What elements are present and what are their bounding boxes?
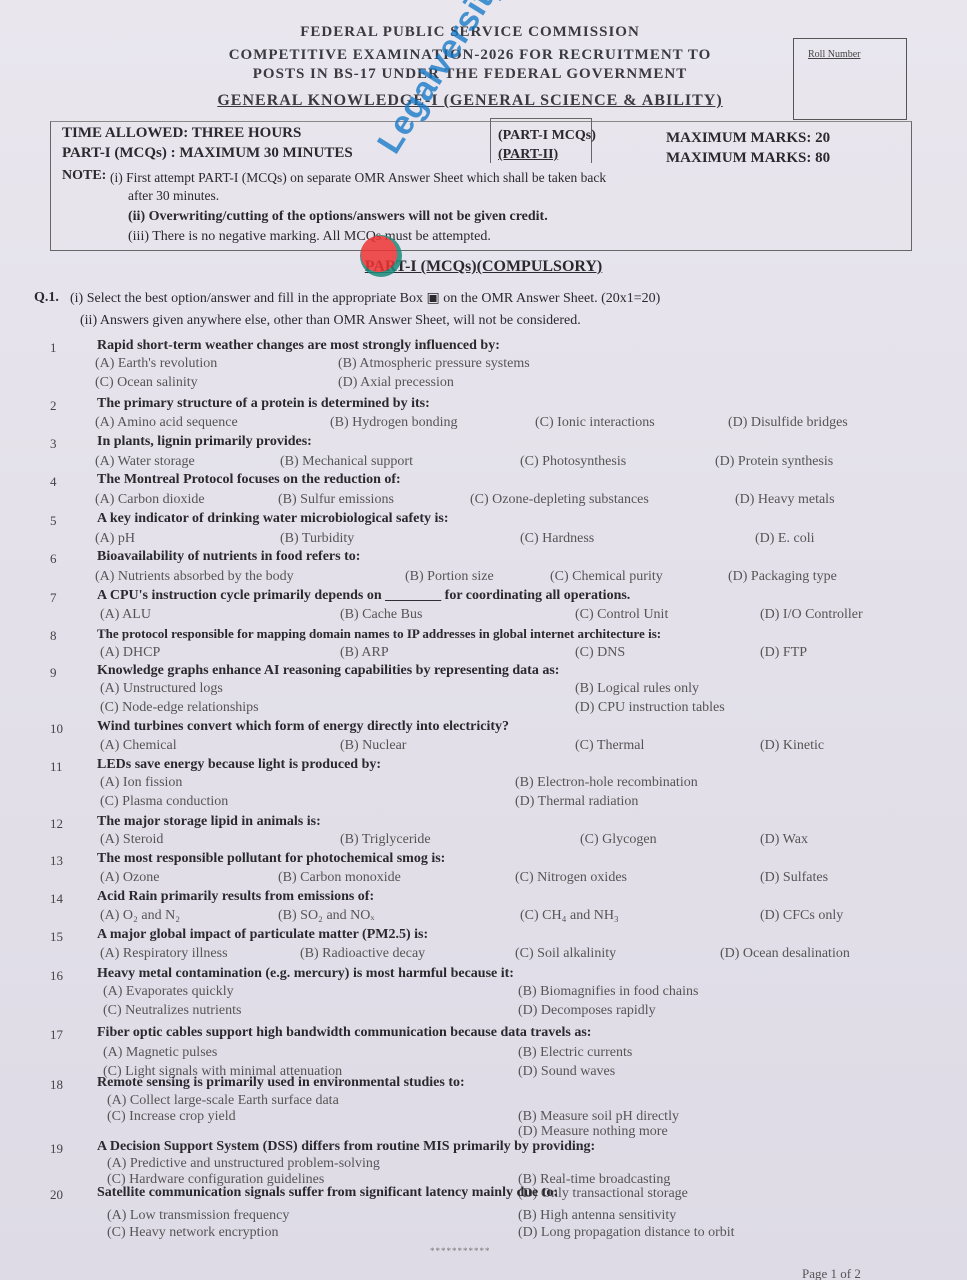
answer-option: (A) Steroid — [100, 832, 163, 848]
answer-option: (C) Neutralizes nutrients — [103, 1003, 241, 1019]
question-number: 12 — [50, 816, 63, 832]
answer-option: (D) E. coli — [755, 531, 814, 547]
answer-option: (D) Long propagation distance to orbit — [518, 1225, 735, 1241]
answer-option: (B) Cache Bus — [340, 607, 422, 623]
answer-option: (D) Heavy metals — [735, 492, 835, 508]
answer-option: (D) Sound waves — [518, 1064, 615, 1080]
answer-option: (D) Disulfide bridges — [728, 415, 848, 431]
answer-option: (B) Carbon monoxide — [278, 870, 401, 886]
question-number: 7 — [50, 590, 57, 606]
question-text: Remote sensing is primarily used in envi… — [97, 1075, 465, 1091]
answer-option: (C) Chemical purity — [550, 569, 663, 585]
answer-option: (C) Nitrogen oxides — [515, 870, 627, 886]
answer-option: (C) Soil alkalinity — [515, 946, 616, 962]
answer-option: (B) Turbidity — [280, 531, 354, 547]
answer-option: (D) Sulfates — [760, 870, 828, 886]
question-number: 11 — [50, 759, 63, 775]
answer-option: (C) Photosynthesis — [520, 454, 626, 470]
answer-option: (B) Portion size — [405, 569, 494, 585]
answer-option: (C) Increase crop yield — [107, 1109, 236, 1125]
answer-option: (B) Radioactive decay — [300, 946, 425, 962]
question-number: 19 — [50, 1141, 63, 1157]
answer-option: (A) Nutrients absorbed by the body — [95, 569, 294, 585]
answer-option: (D) Packaging type — [728, 569, 837, 585]
part2-label: (PART-II) — [498, 147, 558, 163]
answer-option: (D) Ocean desalination — [720, 946, 850, 962]
answer-option: (B) Nuclear — [340, 738, 406, 754]
question-text: LEDs save energy because light is produc… — [97, 757, 381, 773]
note-i-cont: after 30 minutes. — [128, 188, 219, 204]
answer-option: (B) Triglyceride — [340, 832, 431, 848]
exam-paper-page: FEDERAL PUBLIC SERVICE COMMISSION COMPET… — [0, 0, 967, 1280]
answer-option: (C) Control Unit — [575, 607, 668, 623]
question-text: Fiber optic cables support high bandwidt… — [97, 1025, 591, 1041]
watermark-logo-icon — [360, 235, 402, 277]
answer-option: (D) I/O Controller — [760, 607, 863, 623]
answer-option: (D) CFCs only — [760, 908, 843, 924]
answer-option: (A) Ion fission — [100, 775, 182, 791]
question-text: Rapid short-term weather changes are mos… — [97, 338, 500, 354]
answer-option: (D) Axial precession — [338, 375, 454, 391]
question-text: The most responsible pollutant for photo… — [97, 851, 445, 867]
note-iii: (iii) There is no negative marking. All … — [128, 229, 491, 245]
answer-option: (A) Respiratory illness — [100, 946, 228, 962]
question-number: 6 — [50, 551, 57, 567]
answer-option: (C) DNS — [575, 645, 625, 661]
part-title: PART-I (MCQs)(COMPULSORY) — [0, 258, 967, 276]
part1-time: PART-I (MCQs) : MAXIMUM 30 MINUTES — [62, 145, 353, 162]
question-number: 1 — [50, 340, 57, 356]
question-number: 5 — [50, 513, 57, 529]
answer-option: (A) DHCP — [100, 645, 160, 661]
question-number: 2 — [50, 398, 57, 414]
q1-label: Q.1. — [34, 290, 59, 306]
question-number: 17 — [50, 1027, 63, 1043]
answer-option: (B) High antenna sensitivity — [518, 1208, 676, 1224]
note-ii: (ii) Overwriting/cutting of the options/… — [128, 209, 548, 225]
question-number: 14 — [50, 891, 63, 907]
answer-option: (A) Water storage — [95, 454, 195, 470]
question-text: Satellite communication signals suffer f… — [97, 1185, 558, 1201]
answer-option: (A) Earth's revolution — [95, 356, 217, 372]
answer-option: (D) CPU instruction tables — [575, 700, 725, 716]
part1-label: (PART-I MCQs) — [498, 128, 596, 144]
question-text: The major storage lipid in animals is: — [97, 814, 321, 830]
answer-option: (A) ALU — [100, 607, 151, 623]
question-number: 8 — [50, 628, 57, 644]
answer-option: (D) Thermal radiation — [515, 794, 638, 810]
answer-option: (B) Sulfur emissions — [278, 492, 394, 508]
answer-option: (C) Node-edge relationships — [100, 700, 259, 716]
part2-max-marks: MAXIMUM MARKS: 80 — [666, 150, 830, 167]
question-number: 13 — [50, 853, 63, 869]
roll-number-box: Roll Number — [793, 38, 907, 120]
instruction-ii: (ii) Answers given anywhere else, other … — [80, 313, 581, 329]
answer-option: (A) Ozone — [100, 870, 159, 886]
answer-option: (B) SO₂ and NOₓ — [278, 908, 374, 924]
answer-option: (B) Hydrogen bonding — [330, 415, 458, 431]
answer-option: (A) Magnetic pulses — [103, 1045, 217, 1061]
question-number: 16 — [50, 968, 63, 984]
answer-option: (C) CH₄ and NH₃ — [520, 908, 619, 924]
answer-option: (A) Carbon dioxide — [95, 492, 205, 508]
question-number: 4 — [50, 474, 57, 490]
question-number: 10 — [50, 721, 63, 737]
answer-option: (D) Decomposes rapidly — [518, 1003, 656, 1019]
question-text: A key indicator of drinking water microb… — [97, 511, 449, 527]
answer-option: (C) Plasma conduction — [100, 794, 228, 810]
answer-option: (D) FTP — [760, 645, 807, 661]
answer-option: (A) Chemical — [100, 738, 177, 754]
answer-option: (A) Amino acid sequence — [95, 415, 238, 431]
question-text: The protocol responsible for mapping dom… — [97, 626, 661, 642]
answer-option: (C) Glycogen — [580, 832, 657, 848]
question-text: Acid Rain primarily results from emissio… — [97, 889, 374, 905]
answer-option: (A) pH — [95, 531, 135, 547]
question-number: 20 — [50, 1187, 63, 1203]
answer-option: (C) Heavy network encryption — [107, 1225, 278, 1241]
answer-option: (A) Unstructured logs — [100, 681, 223, 697]
answer-option: (A) Collect large-scale Earth surface da… — [107, 1093, 339, 1109]
roll-number-label: Roll Number — [808, 49, 861, 60]
answer-option: (B) ARP — [340, 645, 389, 661]
answer-option: (A) Low transmission frequency — [107, 1208, 289, 1224]
answer-option: (C) Hardness — [520, 531, 594, 547]
answer-option: (D) Kinetic — [760, 738, 824, 754]
question-number: 3 — [50, 436, 57, 452]
answer-option: (C) Thermal — [575, 738, 644, 754]
question-text: The primary structure of a protein is de… — [97, 396, 430, 412]
answer-option: (D) Protein synthesis — [715, 454, 833, 470]
answer-option: (B) Logical rules only — [575, 681, 699, 697]
question-text: Bioavailability of nutrients in food ref… — [97, 549, 360, 565]
question-text: A Decision Support System (DSS) differs … — [97, 1139, 595, 1155]
answer-option: (D) Measure nothing more — [518, 1124, 668, 1140]
time-allowed: TIME ALLOWED: THREE HOURS — [62, 125, 301, 142]
question-text: A major global impact of particulate mat… — [97, 927, 428, 943]
header-line-3: POSTS IN BS-17 UNDER THE FEDERAL GOVERNM… — [140, 66, 800, 83]
answer-option: (B) Atmospheric pressure systems — [338, 356, 530, 372]
page-number: Page 1 of 2 — [802, 1266, 861, 1280]
answer-option: (B) Measure soil pH directly — [518, 1109, 679, 1125]
note-i: (i) First attempt PART-I (MCQs) on separ… — [110, 170, 606, 186]
note-label: NOTE: — [62, 168, 106, 184]
answer-option: (C) Ionic interactions — [535, 415, 655, 431]
part1-max-marks: MAXIMUM MARKS: 20 — [666, 130, 830, 147]
question-text: In plants, lignin primarily provides: — [97, 434, 312, 450]
answer-option: (A) Evaporates quickly — [103, 984, 234, 1000]
answer-option: (A) Predictive and unstructured problem-… — [107, 1156, 380, 1172]
question-text: Knowledge graphs enhance AI reasoning ca… — [97, 663, 559, 679]
end-marker: *********** — [430, 1246, 491, 1256]
question-number: 18 — [50, 1077, 63, 1093]
question-text: Wind turbines convert which form of ener… — [97, 719, 509, 735]
answer-option: (B) Biomagnifies in food chains — [518, 984, 698, 1000]
answer-option: (B) Electron-hole recombination — [515, 775, 698, 791]
answer-option: (A) O₂ and N₂ — [100, 908, 180, 924]
question-text: The Montreal Protocol focuses on the red… — [97, 472, 401, 488]
question-text: Heavy metal contamination (e.g. mercury)… — [97, 966, 514, 982]
subject-title: GENERAL KNOWLEDGE-I (GENERAL SCIENCE & A… — [140, 92, 800, 110]
question-number: 9 — [50, 665, 57, 681]
question-text: A CPU's instruction cycle primarily depe… — [97, 588, 630, 604]
answer-option: (B) Mechanical support — [280, 454, 413, 470]
answer-option: (C) Ocean salinity — [95, 375, 198, 391]
answer-option: (C) Ozone-depleting substances — [470, 492, 649, 508]
instruction-i: (i) Select the best option/answer and fi… — [70, 290, 660, 307]
question-number: 15 — [50, 929, 63, 945]
answer-option: (D) Wax — [760, 832, 808, 848]
answer-option: (B) Electric currents — [518, 1045, 632, 1061]
